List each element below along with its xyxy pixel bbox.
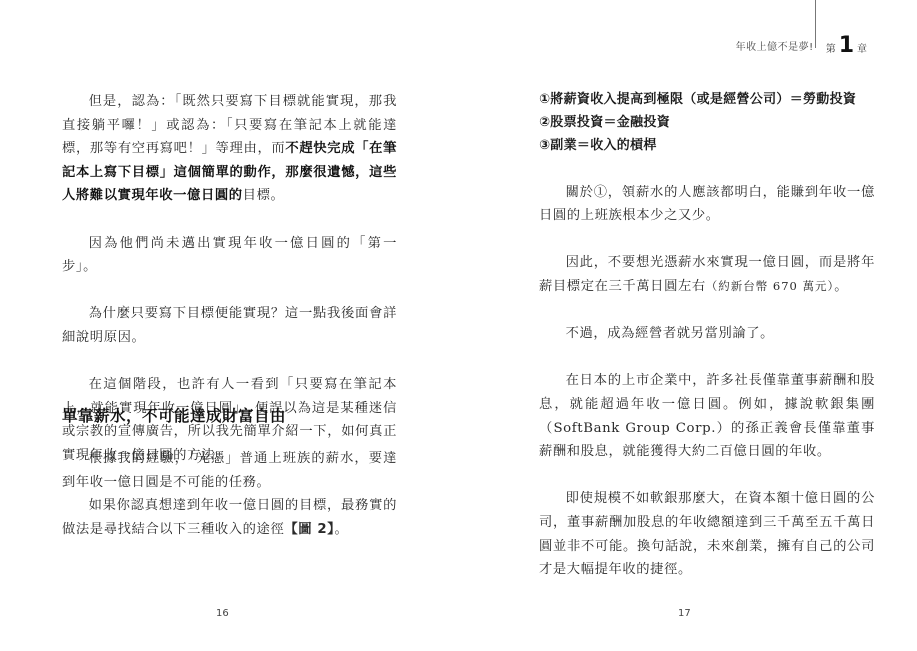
paragraph: 因為他們尚未邁出實現年收一億日圓的「第一步」。 (62, 232, 397, 279)
paragraph: 不過，成為經營者就另當別論了。 (539, 322, 875, 346)
income-list-item: ③副業＝收入的槓桿 (539, 134, 875, 157)
paragraph: 因此，不要想光憑薪水來實現一億日圓，而是將年薪目標定在三千萬日圓左右（約新台幣 … (539, 251, 875, 298)
paragraph: 在日本的上市企業中，許多社長僅靠董事薪酬和股息，就能超過年收一億日圓。例如，據說… (539, 369, 875, 463)
paragraph: 關於①，領薪水的人應該都明白，能賺到年收一億日圓的上班族根本少之又少。 (539, 181, 875, 228)
paragraph: 如果你認真想達到年收一億日圓的目標，最務實的做法是尋找結合以下三種收入的途徑【圖… (62, 494, 397, 541)
left-page: 但是，認為：「既然只要寫下目標就能實現，那我直接躺平囉！」或認為：「只要寫在筆記… (0, 0, 458, 651)
income-list-item: ①將薪資收入提高到極限（或是經營公司）＝勞動投資 (539, 88, 875, 111)
page-number: 16 (216, 608, 229, 619)
section-body: 根據我的經驗，「光憑」普通上班族的薪水，要達到年收一億日圓是不可能的任務。 如果… (62, 447, 397, 541)
paragraph: 即使規模不如軟銀那麼大，在資本額十億日圓的公司，董事薪酬加股息的年收總額達到三千… (539, 487, 875, 581)
paragraph: 為什麼只要寫下目標便能實現？這一點我後面會詳細說明原因。 (62, 302, 397, 349)
paragraph-text: 。 (834, 279, 848, 294)
figure-reference: 【圖 2】 (284, 522, 334, 537)
income-list-item: ②股票投資＝金融投資 (539, 111, 875, 134)
paragraph-text: 。 (334, 522, 348, 537)
income-list: ①將薪資收入提高到極限（或是經營公司）＝勞動投資 ②股票投資＝金融投資 ③副業＝… (539, 88, 875, 157)
paragraph-text: 目標。 (243, 188, 285, 203)
section-heading: 單靠薪水，不可能達成財富自由 (62, 404, 286, 426)
right-page-body: ①將薪資收入提高到極限（或是經營公司）＝勞動投資 ②股票投資＝金融投資 ③副業＝… (539, 88, 875, 582)
paragraph: 但是，認為：「既然只要寫下目標就能實現，那我直接躺平囉！」或認為：「只要寫在筆記… (62, 90, 397, 208)
page-number: 17 (678, 608, 691, 619)
paragraph: 根據我的經驗，「光憑」普通上班族的薪水，要達到年收一億日圓是不可能的任務。 (62, 447, 397, 494)
currency-note: （約新台幣 670 萬元） (706, 279, 835, 293)
